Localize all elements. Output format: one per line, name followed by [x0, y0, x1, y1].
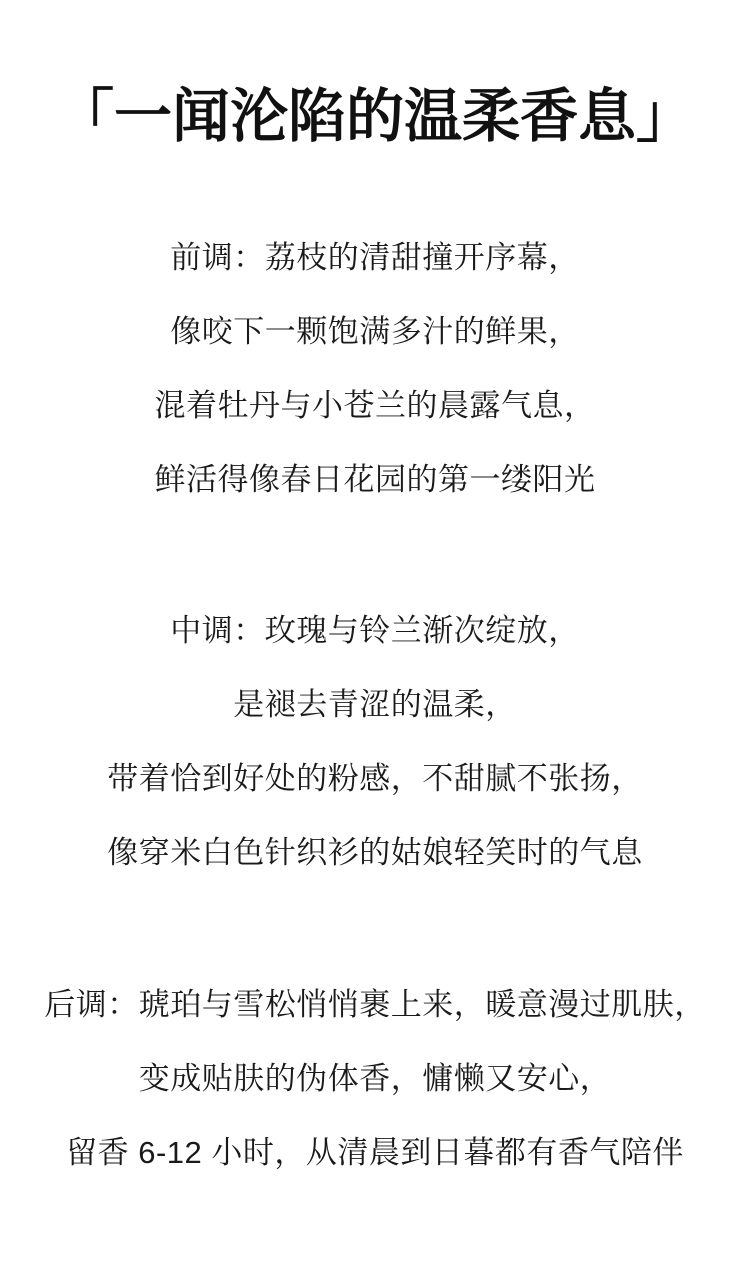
paragraph-top-notes: 前调：荔枝的清甜撞开序幕， 像咬下一颗饱满多汁的鲜果， 混着牡丹与小苍兰的晨露气… [0, 221, 750, 517]
text-line: 鲜活得像春日花园的第一缕阳光 [0, 443, 750, 517]
text-line: 像穿米白色针织衫的姑娘轻笑时的气息 [0, 816, 750, 890]
paragraph-base-notes: 后调：琥珀与雪松悄悄裹上来，暖意漫过肌肤， 变成贴肤的伪体香，慵懒又安心， 留香… [0, 968, 750, 1190]
text-line: 留香 6-12 小时，从清晨到日暮都有香气陪伴 [0, 1116, 750, 1190]
paragraph-middle-notes: 中调：玫瑰与铃兰渐次绽放， 是褪去青涩的温柔， 带着恰到好处的粉感，不甜腻不张扬… [0, 594, 750, 890]
text-line: 中调：玫瑰与铃兰渐次绽放， [0, 594, 750, 668]
text-line: 混着牡丹与小苍兰的晨露气息， [0, 369, 750, 443]
text-line: 像咬下一颗饱满多汁的鲜果， [0, 295, 750, 369]
perfume-description-page: 「一闻沦陷的温柔香息」 前调：荔枝的清甜撞开序幕， 像咬下一颗饱满多汁的鲜果， … [0, 0, 750, 1271]
text-line: 前调：荔枝的清甜撞开序幕， [0, 221, 750, 295]
text-line: 是褪去青涩的温柔， [0, 668, 750, 742]
text-line: 变成贴肤的伪体香，慵懒又安心， [0, 1042, 750, 1116]
text-line: 后调：琥珀与雪松悄悄裹上来，暖意漫过肌肤， [0, 968, 750, 1042]
page-title: 「一闻沦陷的温柔香息」 [0, 0, 750, 151]
text-line: 带着恰到好处的粉感，不甜腻不张扬， [0, 742, 750, 816]
